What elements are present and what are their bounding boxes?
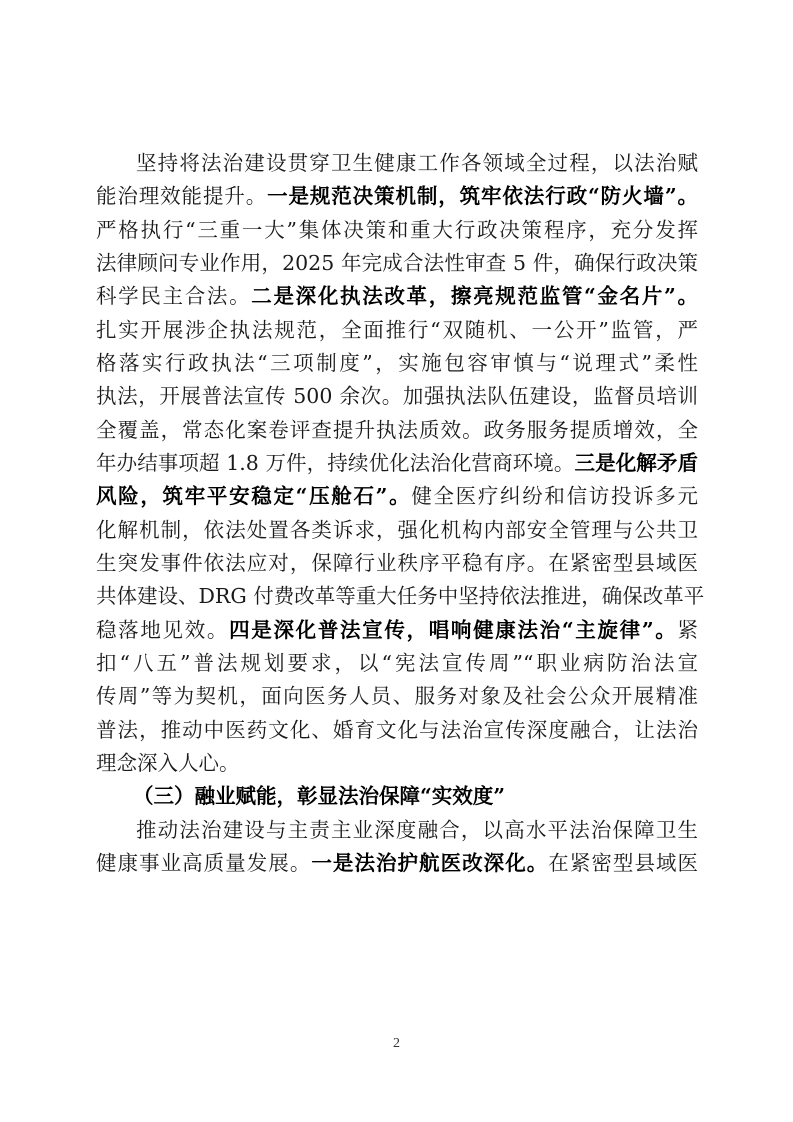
text-run: 法律顾问专业作用，2025 年完成合法性审查 5 件，确保行政决策 — [96, 251, 698, 275]
page-number: 2 — [0, 1036, 793, 1052]
paragraph-line: 科学民主合法。二是深化执法改革，擦亮规范监管“金名片”。 — [96, 281, 698, 311]
section-heading: （三）融业赋能，彰显法治保障“实效度” — [133, 781, 533, 811]
bold-text-run: 一是法治护航医改深化。 — [311, 851, 548, 875]
paragraph-line: 扣“八五”普法规划要求，以“宪法宣传周”“职业病防治法宣 — [96, 648, 698, 678]
paragraph-line: 格落实行政执法“三项制度”，实施包容审慎与“说理式”柔性 — [96, 348, 698, 378]
document-page: 坚持将法治建设贯穿卫生健康工作各领域全过程，以法治赋 能治理效能提升。一是规范决… — [0, 0, 793, 1122]
text-run: 全覆盖，常态化案卷评查提升执法质效。政务服务提质增效，全 — [96, 418, 698, 442]
paragraph-line: 健康事业高质量发展。一是法治护航医改深化。在紧密型县域医 — [96, 848, 698, 878]
text-run: 执法，开展普法宣传 500 余次。加强执法队伍建设，监督员培训 — [96, 384, 698, 408]
text-run: 年办结事项超 1.8 万件，持续优化法治化营商环境。 — [96, 451, 574, 475]
paragraph-line: 风险，筑牢平安稳定“压舱石”。健全医疗纠纷和信访投诉多元 — [96, 481, 698, 511]
text-run: 健全医疗纠纷和信访投诉多元 — [411, 484, 698, 508]
paragraph-line: 执法，开展普法宣传 500 余次。加强执法队伍建设，监督员培训 — [96, 381, 698, 411]
paragraph-line: 法律顾问专业作用，2025 年完成合法性审查 5 件，确保行政决策 — [96, 248, 698, 278]
text-run: 严格执行“三重一大”集体决策和重大行政决策程序，充分发挥 — [96, 218, 698, 242]
text-run: 扎实开展涉企执法规范，全面推行“双随机、一公开”监管，严 — [96, 318, 698, 342]
text-run: 紧 — [678, 618, 699, 642]
text-run: 传周”等为契机，面向医务人员、服务对象及社会公众开展精准 — [96, 684, 698, 708]
text-run: 科学民主合法。 — [96, 284, 251, 308]
paragraph-line: 能治理效能提升。一是规范决策机制，筑牢依法行政“防火墙”。 — [96, 181, 698, 211]
paragraph-line: 扎实开展涉企执法规范，全面推行“双随机、一公开”监管，严 — [96, 315, 698, 345]
paragraph-line: 化解机制，依法处置各类诉求，强化机构内部安全管理与公共卫 — [96, 515, 698, 545]
bold-text-run: 一是规范决策机制，筑牢依法行政“防火墙”。 — [267, 184, 698, 208]
bold-text-run: 风险，筑牢平安稳定“压舱石”。 — [96, 484, 411, 508]
text-run: 健康事业高质量发展。 — [96, 851, 311, 875]
paragraph-line: 普法，推动中医药文化、婚育文化与法治宣传深度融合，让法治 — [96, 715, 698, 745]
text-run: 扣“八五”普法规划要求，以“宪法宣传周”“职业病防治法宣 — [96, 651, 698, 675]
text-run: 生突发事件依法应对，保障行业秩序平稳有序。在紧密型县域医 — [96, 551, 698, 575]
paragraph-line: 坚持将法治建设贯穿卫生健康工作各领域全过程，以法治赋 — [136, 148, 698, 178]
text-run: 在紧密型县域医 — [548, 851, 698, 875]
paragraph-line: 传周”等为契机，面向医务人员、服务对象及社会公众开展精准 — [96, 681, 698, 711]
heading-text: （三）融业赋能，彰显法治保障“实效度” — [133, 784, 505, 808]
bold-text-run: 四是深化普法宣传，唱响健康法治“主旋律”。 — [229, 618, 677, 642]
paragraph-line: 年办结事项超 1.8 万件，持续优化法治化营商环境。三是化解矛盾 — [96, 448, 698, 478]
paragraph-line: 推动法治建设与主责主业深度融合，以高水平法治保障卫生 — [136, 815, 698, 845]
text-run: 坚持将法治建设贯穿卫生健康工作各领域全过程，以法治赋 — [136, 151, 698, 175]
text-run: 推动法治建设与主责主业深度融合，以高水平法治保障卫生 — [136, 818, 698, 842]
text-run: 化解机制，依法处置各类诉求，强化机构内部安全管理与公共卫 — [96, 518, 698, 542]
text-run: 格落实行政执法“三项制度”，实施包容审慎与“说理式”柔性 — [96, 351, 698, 375]
paragraph-line: 稳落地见效。四是深化普法宣传，唱响健康法治“主旋律”。紧 — [96, 615, 698, 645]
text-run: 普法，推动中医药文化、婚育文化与法治宣传深度融合，让法治 — [96, 718, 698, 742]
bold-text-run: 二是深化执法改革，擦亮规范监管“金名片”。 — [251, 284, 698, 308]
paragraph-line: 全覆盖，常态化案卷评查提升执法质效。政务服务提质增效，全 — [96, 415, 698, 445]
text-run: 稳落地见效。 — [96, 618, 229, 642]
paragraph-line: 理念深入人心。 — [96, 748, 698, 778]
paragraph-line: 共体建设、DRG 付费改革等重大任务中坚持依法推进，确保改革平 — [96, 581, 698, 611]
text-run: 能治理效能提升。 — [96, 184, 267, 208]
paragraph-line: 生突发事件依法应对，保障行业秩序平稳有序。在紧密型县域医 — [96, 548, 698, 578]
paragraph-line: 严格执行“三重一大”集体决策和重大行政决策程序，充分发挥 — [96, 215, 698, 245]
text-run: 共体建设、DRG 付费改革等重大任务中坚持依法推进，确保改革平 — [96, 584, 704, 608]
bold-text-run: 三是化解矛盾 — [574, 451, 698, 475]
text-run: 理念深入人心。 — [96, 751, 240, 775]
